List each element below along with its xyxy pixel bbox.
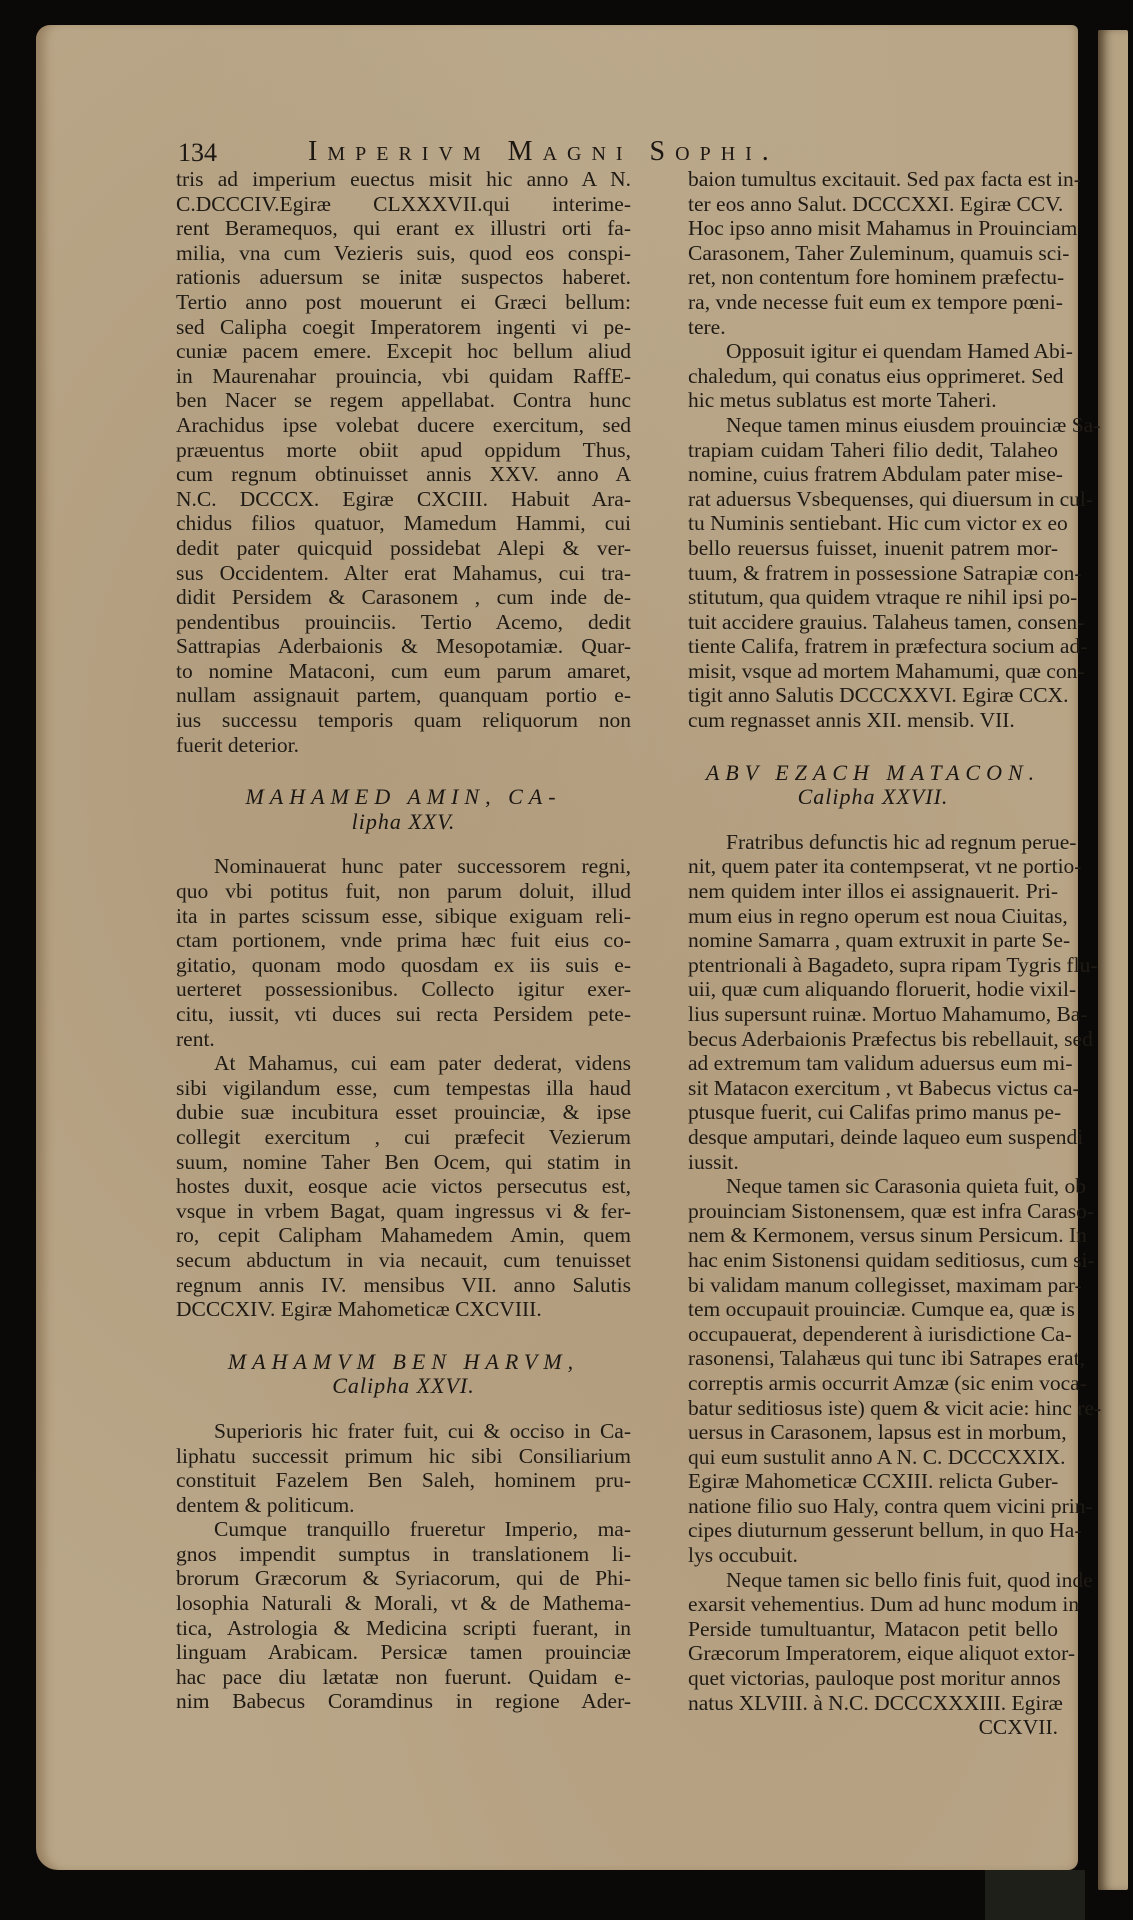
adjacent-page-edge	[1098, 30, 1128, 1890]
text-line: rasonensi, Talahæus qui tunc ibi Satrape…	[688, 1346, 1058, 1371]
text-line: chaledum, qui conatus eius opprimeret. S…	[688, 364, 1058, 389]
text-line: Sattrapias Aderbaionis & Mesopotamiæ. Qu…	[176, 634, 631, 659]
text-line: tu Numinis sentiebant. Hic cum victor ex…	[688, 511, 1058, 536]
heading-subtitle: Calipha XXVII.	[688, 785, 1058, 810]
heading-title: Mahamvm Ben Harvm,	[176, 1350, 631, 1375]
paragraph: Nominauerat hunc pater successorem regni…	[176, 854, 631, 1051]
text-line: hac enim Sistonensi quidam seditiosus, c…	[688, 1248, 1058, 1273]
section-heading: Abv Ezach Matacon. Calipha XXVII.	[688, 761, 1058, 810]
text-line: nomine Samarra , quam extruxit in parte …	[688, 928, 1058, 953]
text-line: citu, iussit, vti duces sui recta Persid…	[176, 1002, 631, 1027]
text-line: dentem & politicum.	[176, 1493, 631, 1518]
page-header: 134 Imperivm Magni Sophi.	[178, 138, 1058, 168]
text-line: iussit.	[688, 1150, 1058, 1175]
text-line: stitutum, qua quidem vtraque re nihil ip…	[688, 585, 1058, 610]
paragraph: Cumque tranquillo frueretur Imperio, ma-…	[176, 1517, 631, 1714]
text-line: rat aduersus Vsbequenses, qui diuersum i…	[688, 487, 1058, 512]
text-line: bello reuersus fuisset, inuenit patrem m…	[688, 536, 1058, 561]
text-line: collegit exercitum , cui præfecit Vezier…	[176, 1125, 631, 1150]
text-line: Opposuit igitur ei quendam Hamed Abi-	[688, 339, 1058, 364]
text-line: pendentibus prouinciis. Tertio Acemo, de…	[176, 610, 631, 635]
text-line: correptis armis occurrit Amzæ (sic enim …	[688, 1371, 1058, 1396]
text-line: Hoc ipso anno misit Mahamus in Prouincia…	[688, 216, 1058, 241]
text-line: rationis aduersum se initæ suspectos hab…	[176, 265, 631, 290]
text-line: hic metus sublatus est morte Taheri.	[688, 388, 1058, 413]
text-line: Nominauerat hunc pater successorem regni…	[176, 854, 631, 879]
text-line: At Mahamus, cui eam pater dederat, viden…	[176, 1051, 631, 1076]
text-line: Arachidus ipse volebat ducere exercitum,…	[176, 413, 631, 438]
text-line: constituit Fazelem Ben Saleh, hominem pr…	[176, 1468, 631, 1493]
text-line: tiente Califa, fratrem in præfectura soc…	[688, 634, 1058, 659]
text-line: DCCCXIV. Egiræ Mahometicæ CXCVIII.	[176, 1297, 631, 1322]
text-line: hac pace diu lætatæ non fuerunt. Quidam …	[176, 1665, 631, 1690]
text-line: ret, non contentum fore hominem præfectu…	[688, 265, 1058, 290]
text-line: trapiam cuidam Taheri filio dedit, Talah…	[688, 438, 1058, 463]
text-line: Superioris hic frater fuit, cui & occiso…	[176, 1419, 631, 1444]
paragraph: At Mahamus, cui eam pater dederat, viden…	[176, 1051, 631, 1322]
text-line: brorum Græcorum & Syriacorum, qui de Phi…	[176, 1566, 631, 1591]
text-line: rent.	[176, 1027, 631, 1052]
text-line: didit Persidem & Carasonem , cum inde de…	[176, 585, 631, 610]
running-title: Imperivm Magni Sophi.	[308, 136, 779, 168]
text-line: sit Matacon exercitum , vt Babecus victu…	[688, 1076, 1058, 1101]
text-line: ctam portionem, vnde prima hæc fuit eius…	[176, 928, 631, 953]
closing-line: CCXVII.	[688, 1715, 1058, 1740]
text-line: vsque in vrbem Bagat, quam ingressus vi …	[176, 1199, 631, 1224]
text-line: lius supersunt ruinæ. Mortuo Mahamumo, B…	[688, 1002, 1058, 1027]
heading-subtitle: lipha XXV.	[176, 810, 631, 835]
text-line: cum regnum obtinuisset annis XXV. anno A	[176, 462, 631, 487]
text-line: to nomine Mataconi, cum eum parum amaret…	[176, 659, 631, 684]
text-line: milia, vna cum Vezieris suis, quod eos c…	[176, 241, 631, 266]
text-line: tuit accidere grauius. Talaheus tamen, c…	[688, 610, 1058, 635]
text-line: Neque tamen minus eiusdem prouinciæ Sa-	[688, 413, 1058, 438]
text-line: dubie suæ incubitura esset prouinciæ, & …	[176, 1100, 631, 1125]
paragraph: Neque tamen sic bello finis fuit, quod i…	[688, 1568, 1058, 1716]
text-line: nem quidem inter illos ei assignauerit. …	[688, 879, 1058, 904]
text-line: batur seditiosus iste) quem & vicit acie…	[688, 1396, 1058, 1421]
section-heading: Mahamvm Ben Harvm, Calipha XXVI.	[176, 1350, 631, 1399]
text-line: Græcorum Imperatorem, eique aliquot exto…	[688, 1641, 1058, 1666]
text-line: rent Beramequos, qui erant ex illustri o…	[176, 216, 631, 241]
text-line: nim Babecus Coramdinus in regione Ader-	[176, 1689, 631, 1714]
text-line: ptentrionali à Bagadeto, supra ripam Tyg…	[688, 953, 1058, 978]
text-line: desque amputari, deinde laqueo eum suspe…	[688, 1125, 1058, 1150]
text-line: ita in partes scissum esse, sibique exig…	[176, 904, 631, 929]
text-line: ad extremum tam validum aduersus eum mi-	[688, 1051, 1058, 1076]
page-number: 134	[178, 138, 217, 168]
text-line: cipes diuturnum gesserunt bellum, in quo…	[688, 1518, 1058, 1543]
paragraph: Opposuit igitur ei quendam Hamed Abi-cha…	[688, 339, 1058, 413]
heading-subtitle: Calipha XXVI.	[176, 1374, 631, 1399]
text-line: gitatio, quonam modo quosdam ex iis suis…	[176, 953, 631, 978]
text-line: lys occubuit.	[688, 1543, 1058, 1568]
text-line: natione filio suo Haly, contra quem vici…	[688, 1494, 1058, 1519]
text-line: suum, nomine Taher Ben Ocem, qui statim …	[176, 1150, 631, 1175]
text-line: cum regnasset annis XII. mensib. VII.	[688, 708, 1058, 733]
text-line: Cumque tranquillo frueretur Imperio, ma-	[176, 1517, 631, 1542]
text-line: N.C. DCCCX. Egiræ CXCIII. Habuit Ara-	[176, 487, 631, 512]
text-line: Neque tamen sic Carasonia quieta fuit, o…	[688, 1174, 1058, 1199]
text-line: dedit pater quicquid possidebat Alepi & …	[176, 536, 631, 561]
text-line: tem occupauit prouinciæ. Cumque ea, quæ …	[688, 1297, 1058, 1322]
text-line: tris ad imperium euectus misit hic anno …	[176, 167, 631, 192]
text-line: natus XLVIII. à N.C. DCCCXXXIII. Egiræ	[688, 1691, 1058, 1716]
text-line: Carasonem, Taher Zuleminum, quamuis sci-	[688, 241, 1058, 266]
text-line: regnum annis IV. mensibus VII. anno Salu…	[176, 1273, 631, 1298]
right-column: baion tumultus excitauit. Sed pax facta …	[688, 167, 1058, 1740]
text-line: bi validam manum collegisset, maximam pa…	[688, 1273, 1058, 1298]
text-line: in Maurenahar prouincia, vbi quidam Raff…	[176, 364, 631, 389]
background-cloth	[985, 1870, 1085, 1920]
text-line: chidus filios quatuor, Mamedum Hammi, cu…	[176, 511, 631, 536]
text-line: mum eius in regno operum est noua Ciuita…	[688, 904, 1058, 929]
text-line: gnos impendit sumptus in translationem l…	[176, 1542, 631, 1567]
text-line: ben Nacer se regem appellabat. Contra hu…	[176, 388, 631, 413]
text-line: linguam Arabicam. Persicæ tamen prouinci…	[176, 1640, 631, 1665]
text-line: becus Aderbaionis Præfectus bis rebellau…	[688, 1027, 1058, 1052]
text-line: uerteret possessionibus. Collecto igitur…	[176, 977, 631, 1002]
paragraph: Superioris hic frater fuit, cui & occiso…	[176, 1419, 631, 1517]
text-line: Egiræ Mahometicæ CCXIII. relicta Guber-	[688, 1469, 1058, 1494]
text-line: Tertio anno post mouerunt ei Græci bellu…	[176, 290, 631, 315]
text-line: Perside tumultuantur, Matacon petit bell…	[688, 1617, 1058, 1642]
text-line: sed Calipha coegit Imperatorem ingenti v…	[176, 315, 631, 340]
text-line: baion tumultus excitauit. Sed pax facta …	[688, 167, 1058, 192]
text-line: Fratribus defunctis hic ad regnum perue-	[688, 830, 1058, 855]
paragraph: Neque tamen sic Carasonia quieta fuit, o…	[688, 1174, 1058, 1568]
text-line: misit, vsque ad mortem Mahamumi, quæ con…	[688, 659, 1058, 684]
text-line: secum abductum in via necauit, cum tenui…	[176, 1248, 631, 1273]
paragraph: baion tumultus excitauit. Sed pax facta …	[688, 167, 1058, 339]
text-line: C.DCCCIV.Egiræ CLXXXVII.qui interime-	[176, 192, 631, 217]
text-line: quet victorias, pauloque post moritur an…	[688, 1666, 1058, 1691]
text-line: tere.	[688, 315, 1058, 340]
heading-title: Abv Ezach Matacon.	[688, 761, 1058, 786]
text-line: sibi vigilandum esse, cum tempestas illa…	[176, 1076, 631, 1101]
text-line: qui eum sustulit anno A N. C. DCCCXXIX.	[688, 1445, 1058, 1470]
heading-title: Mahamed Amin, Ca-	[176, 785, 631, 810]
text-line: fuerit deterior.	[176, 733, 631, 758]
text-line: occupauerat, dependerent à iurisdictione…	[688, 1322, 1058, 1347]
text-line: ptusque fuerit, cui Califas primo manus …	[688, 1100, 1058, 1125]
paragraph: Fratribus defunctis hic ad regnum perue-…	[688, 830, 1058, 1174]
text-line: nomine, cuius fratrem Abdulam pater mise…	[688, 462, 1058, 487]
text-line: tigit anno Salutis DCCCXXVI. Egiræ CCX.	[688, 683, 1058, 708]
text-line: Neque tamen sic bello finis fuit, quod i…	[688, 1568, 1058, 1593]
text-line: uersus in Carasonem, lapsus est in morbu…	[688, 1420, 1058, 1445]
section-heading: Mahamed Amin, Ca- lipha XXV.	[176, 785, 631, 834]
text-line: uii, quæ cum aliquando floruerit, hodie …	[688, 977, 1058, 1002]
text-line: hostes duxit, eosque acie victos persecu…	[176, 1174, 631, 1199]
text-line: exarsit vehementius. Dum ad hunc modum i…	[688, 1592, 1058, 1617]
text-line: nit, quem pater ita contempserat, vt ne …	[688, 854, 1058, 879]
text-line: ro, cepit Calipham Mahamedem Amin, quem	[176, 1223, 631, 1248]
text-line: cuniæ pacem emere. Excepit hoc bellum al…	[176, 339, 631, 364]
paragraph: Neque tamen minus eiusdem prouinciæ Sa-t…	[688, 413, 1058, 733]
paragraph: tris ad imperium euectus misit hic anno …	[176, 167, 631, 757]
text-line: losophia Naturali & Morali, vt & de Math…	[176, 1591, 631, 1616]
text-line: tuum, & fratrem in possessione Satrapiæ …	[688, 561, 1058, 586]
left-column: tris ad imperium euectus misit hic anno …	[176, 167, 631, 1714]
text-line: sus Occidentem. Alter erat Mahamus, cui …	[176, 561, 631, 586]
text-line: ra, vnde necesse fuit eum ex tempore pœn…	[688, 290, 1058, 315]
text-line: prouinciam Sistonensem, quæ est infra Ca…	[688, 1199, 1058, 1224]
text-line: liphatu successit primum hic sibi Consil…	[176, 1444, 631, 1469]
text-line: nullam assignauit partem, quanquam porti…	[176, 683, 631, 708]
text-line: ius successu temporis quam reliquorum no…	[176, 708, 631, 733]
text-line: quo vbi potitus fuit, non parum doluit, …	[176, 879, 631, 904]
text-line: præuentus morte obiit apud oppidum Thus,	[176, 438, 631, 463]
text-line: tica, Astrologia & Medicina scripti fuer…	[176, 1616, 631, 1641]
text-line: ter eos anno Salut. DCCCXXI. Egiræ CCV.	[688, 192, 1058, 217]
text-line: nem & Kermonem, versus sinum Persicum. I…	[688, 1223, 1058, 1248]
